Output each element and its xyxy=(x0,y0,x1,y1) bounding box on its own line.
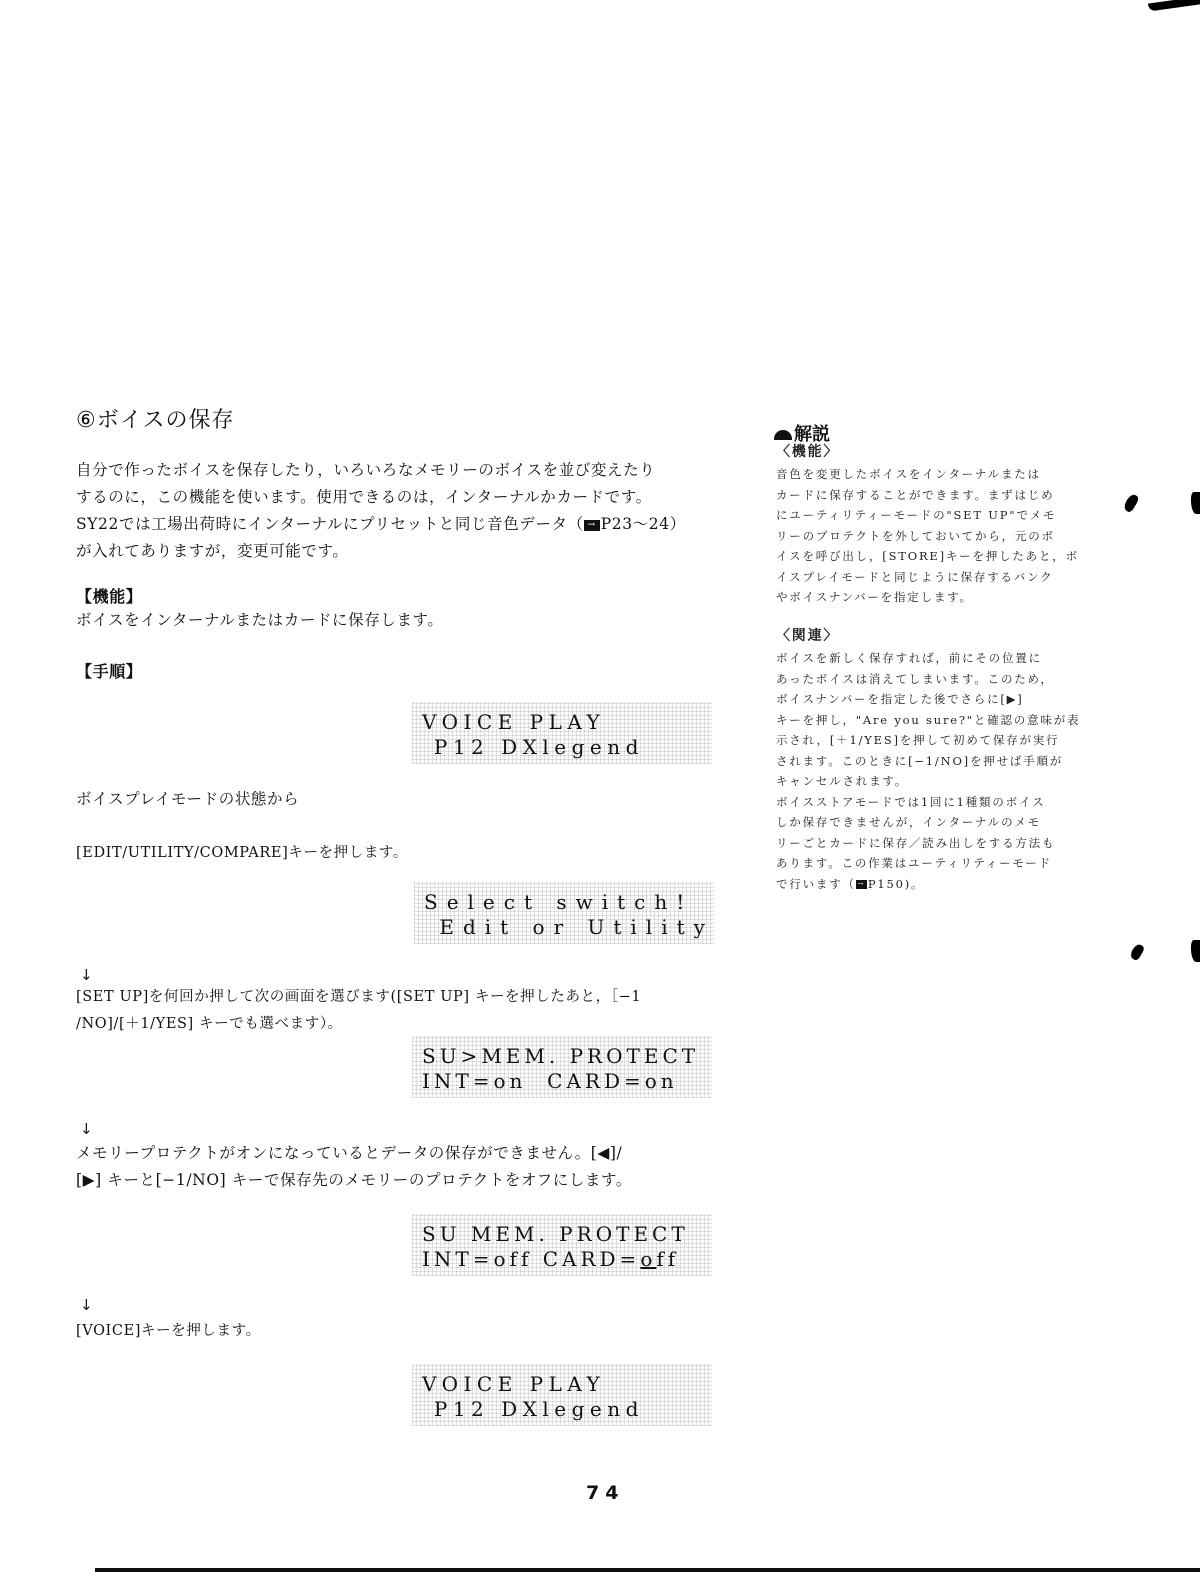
intro-paragraph: 自分で作ったボイスを保存したり，いろいろなメモリーのボイスを並び変えたり するの… xyxy=(76,457,686,565)
sidebar-function-heading: 〈機能〉 xyxy=(776,442,1106,463)
scan-mark-hole-1a xyxy=(1122,493,1140,514)
lcd-line-1: VOICE PLAY xyxy=(422,710,605,734)
down-arrow-icon: ↓ xyxy=(80,1120,93,1138)
intro-line-1: 自分で作ったボイスを保存したり，いろいろなメモリーのボイスを並び変えたり xyxy=(76,457,686,484)
lcd-voice-play-2: VOICE PLAY P12 DXlegend xyxy=(412,1364,712,1426)
lcd-select-switch: Select switch! Edit or Utility xyxy=(414,882,714,944)
intro-line-2: するのに，この機能を使います。使用できるのは，インターナルかカードです。 xyxy=(76,484,686,511)
page-reference-icon: → xyxy=(856,880,867,889)
procedure-heading: 【手順】 xyxy=(76,658,142,685)
lcd-line-2: INT=off CARD=off xyxy=(422,1247,679,1271)
lcd-line-1: Select switch! xyxy=(424,890,693,914)
step-5-text: [VOICE]キーを押します。 xyxy=(76,1318,261,1345)
sidebar-function-text: 音色を変更したボイスをインターナルまたは カードに保存することができます。まずは… xyxy=(776,464,1106,608)
commentary-icon xyxy=(774,430,792,440)
scan-mark-hole-2b xyxy=(1191,940,1200,962)
step-3-line-2: /NO]/[＋1/YES] キーでも選べます）。 xyxy=(76,1011,641,1038)
down-arrow-icon: ↓ xyxy=(80,966,93,984)
page-reference-icon: → xyxy=(584,520,600,531)
scan-mark-hole-2a xyxy=(1129,943,1146,962)
scan-mark-hole-1b xyxy=(1191,492,1200,514)
lcd-cursor: o xyxy=(640,1247,656,1271)
step-2-text: [EDIT/UTILITY/COMPARE]キーを押します。 xyxy=(76,840,408,867)
sidebar-related-heading: 〈関連〉 xyxy=(776,626,1106,647)
lcd-voice-play-1: VOICE PLAY P12 DXlegend xyxy=(412,702,712,764)
lcd-line-2: P12 DXlegend xyxy=(422,735,644,759)
scan-mark-top-right xyxy=(1148,0,1200,12)
lcd-line-2: Edit or Utility xyxy=(424,915,714,939)
intro-line-3: SY22では工場出荷時にインターナルにプリセットと同じ音色データ（→P23〜24… xyxy=(76,511,686,538)
intro-line-4: が入れてありますが，変更可能です。 xyxy=(76,538,686,565)
page-reference-link[interactable]: P23〜24） xyxy=(601,515,686,533)
sidebar-related-text: ボイスを新しく保存すれば，前にその位置に あったボイスは消えてしまいます。このた… xyxy=(776,648,1106,894)
function-heading: 【機能】 xyxy=(76,583,142,610)
step-4-text: メモリープロテクトがオンになっているとデータの保存ができません。[◀]/ [▶]… xyxy=(76,1140,632,1194)
page-bottom-rule xyxy=(95,1568,1200,1572)
section-title: ⑥ボイスの保存 xyxy=(76,403,235,434)
lcd-line-1: VOICE PLAY xyxy=(422,1372,605,1396)
lcd-line-2: INT=on CARD=on xyxy=(422,1069,678,1093)
lcd-protect-off: SU MEM. PROTECT INT=off CARD=off xyxy=(412,1214,712,1276)
step-3-text: [SET UP]を何回か押して次の画面を選びます([SET UP] キーを押した… xyxy=(76,984,641,1038)
page-reference-link[interactable]: P150)。 xyxy=(868,877,924,891)
lcd-protect-on: SU>MEM. PROTECT INT=on CARD=on xyxy=(412,1036,712,1098)
step-1-text: ボイスプレイモードの状態から xyxy=(76,786,299,813)
step-3-line-1: [SET UP]を何回か押して次の画面を選びます([SET UP] キーを押した… xyxy=(76,984,641,1011)
down-arrow-icon: ↓ xyxy=(80,1296,93,1314)
lcd-line-2: P12 DXlegend xyxy=(422,1397,644,1421)
lcd-line-1: SU MEM. PROTECT xyxy=(422,1222,689,1246)
step-4-line-2: [▶] キーと[−1/NO] キーで保存先のメモリーのプロテクトをオフにします。 xyxy=(76,1167,632,1194)
function-text: ボイスをインターナルまたはカードに保存します。 xyxy=(76,607,444,634)
lcd-line-1: SU>MEM. PROTECT xyxy=(422,1044,699,1068)
step-4-line-1: メモリープロテクトがオンになっているとデータの保存ができません。[◀]/ xyxy=(76,1140,632,1167)
page-number: 74 xyxy=(586,1482,624,1504)
